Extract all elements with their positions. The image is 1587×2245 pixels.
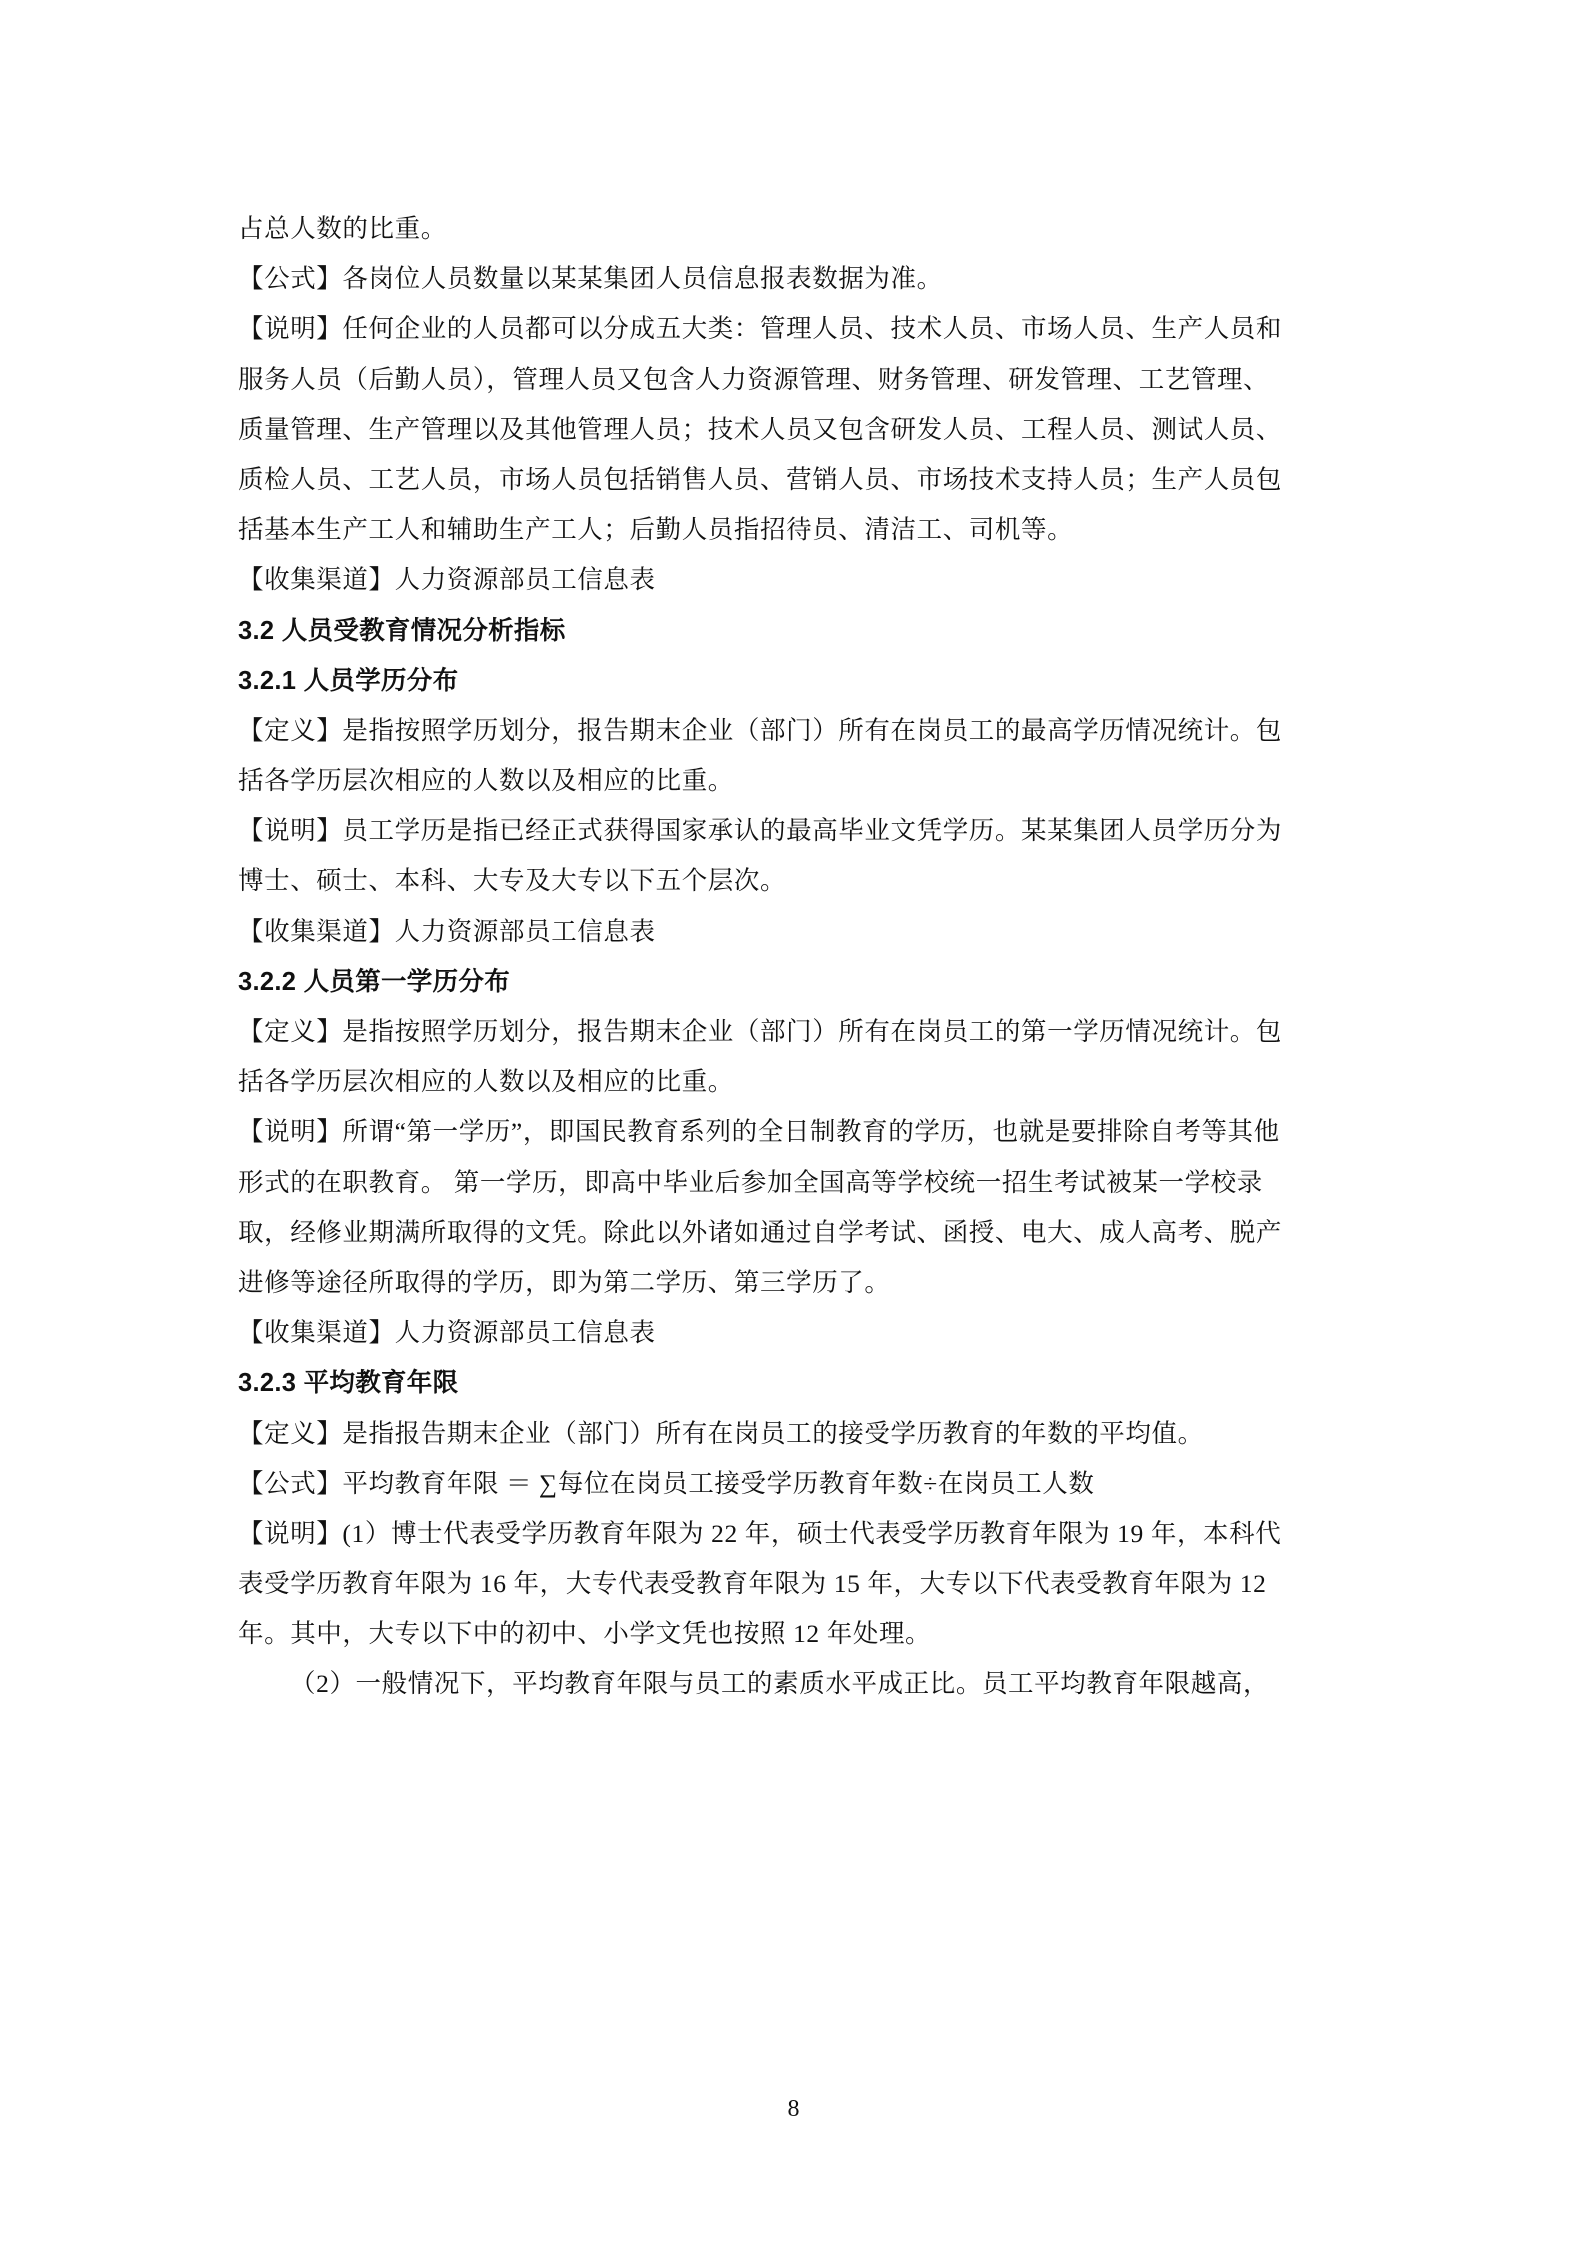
body-text-line: 博士、硕士、本科、大专及大专以下五个层次。 xyxy=(238,856,1354,906)
collection-channel: 【收集渠道】人力资源部员工信息表 xyxy=(238,907,1354,957)
body-text-line: 服务人员（后勤人员），管理人员又包含人力资源管理、财务管理、研发管理、工艺管理、 xyxy=(238,355,1354,405)
indented-paragraph: （2）一般情况下，平均教育年限与员工的素质水平成正比。员工平均教育年限越高， xyxy=(238,1659,1354,1709)
definition-paragraph: 【定义】是指按照学历划分，报告期末企业（部门）所有在岗员工的第一学历情况统计。包 xyxy=(238,1007,1354,1057)
explanation-paragraph: 【说明】所谓“第一学历”，即国民教育系列的全日制教育的学历，也就是要排除自考等其… xyxy=(238,1107,1354,1157)
section-heading-3-2: 3.2 人员受教育情况分析指标 xyxy=(238,606,1354,656)
collection-channel: 【收集渠道】人力资源部员工信息表 xyxy=(238,555,1354,605)
body-text-line: 占总人数的比重。 xyxy=(238,204,1354,254)
explanation-paragraph: 【说明】员工学历是指已经正式获得国家承认的最高毕业文凭学历。某某集团人员学历分为 xyxy=(238,806,1354,856)
explanation-paragraph: 【说明】任何企业的人员都可以分成五大类：管理人员、技术人员、市场人员、生产人员和 xyxy=(238,304,1354,354)
page-number: 8 xyxy=(0,2096,1587,2123)
body-text-line: 括各学历层次相应的人数以及相应的比重。 xyxy=(238,1057,1354,1107)
section-heading-3-2-2: 3.2.2 人员第一学历分布 xyxy=(238,957,1354,1007)
section-heading-3-2-1: 3.2.1 人员学历分布 xyxy=(238,656,1354,706)
formula-paragraph: 【公式】各岗位人员数量以某某集团人员信息报表数据为准。 xyxy=(238,254,1354,304)
body-text-line: 质检人员、工艺人员，市场人员包括销售人员、营销人员、市场技术支持人员；生产人员包 xyxy=(238,455,1354,505)
body-text-line: 取，经修业期满所取得的文凭。除此以外诸如通过自学考试、函授、电大、成人高考、脱产 xyxy=(238,1208,1354,1258)
body-text-line: 形式的在职教育。 第一学历，即高中毕业后参加全国高等学校统一招生考试被某一学校录 xyxy=(238,1158,1354,1208)
body-text-line: 质量管理、生产管理以及其他管理人员；技术人员又包含研发人员、工程人员、测试人员、 xyxy=(238,405,1354,455)
explanation-paragraph: 【说明】(1）博士代表受学历教育年限为 22 年，硕士代表受学历教育年限为 19… xyxy=(238,1509,1354,1559)
collection-channel: 【收集渠道】人力资源部员工信息表 xyxy=(238,1308,1354,1358)
body-text-line: 进修等途径所取得的学历，即为第二学历、第三学历了。 xyxy=(238,1258,1354,1308)
body-text-line: 括基本生产工人和辅助生产工人；后勤人员指招待员、清洁工、司机等。 xyxy=(238,505,1354,555)
body-text-line: 括各学历层次相应的人数以及相应的比重。 xyxy=(238,756,1354,806)
section-heading-3-2-3: 3.2.3 平均教育年限 xyxy=(238,1358,1354,1408)
definition-paragraph: 【定义】是指报告期末企业（部门）所有在岗员工的接受学历教育的年数的平均值。 xyxy=(238,1409,1354,1459)
definition-paragraph: 【定义】是指按照学历划分，报告期末企业（部门）所有在岗员工的最高学历情况统计。包 xyxy=(238,706,1354,756)
formula-paragraph: 【公式】平均教育年限 ＝ ∑每位在岗员工接受学历教育年数÷在岗员工人数 xyxy=(238,1459,1354,1509)
body-text-line: 年。其中，大专以下中的初中、小学文凭也按照 12 年处理。 xyxy=(238,1609,1354,1659)
body-text-line: 表受学历教育年限为 16 年，大专代表受教育年限为 15 年，大专以下代表受教育… xyxy=(238,1559,1354,1609)
document-page: 占总人数的比重。 【公式】各岗位人员数量以某某集团人员信息报表数据为准。 【说明… xyxy=(238,204,1354,1710)
